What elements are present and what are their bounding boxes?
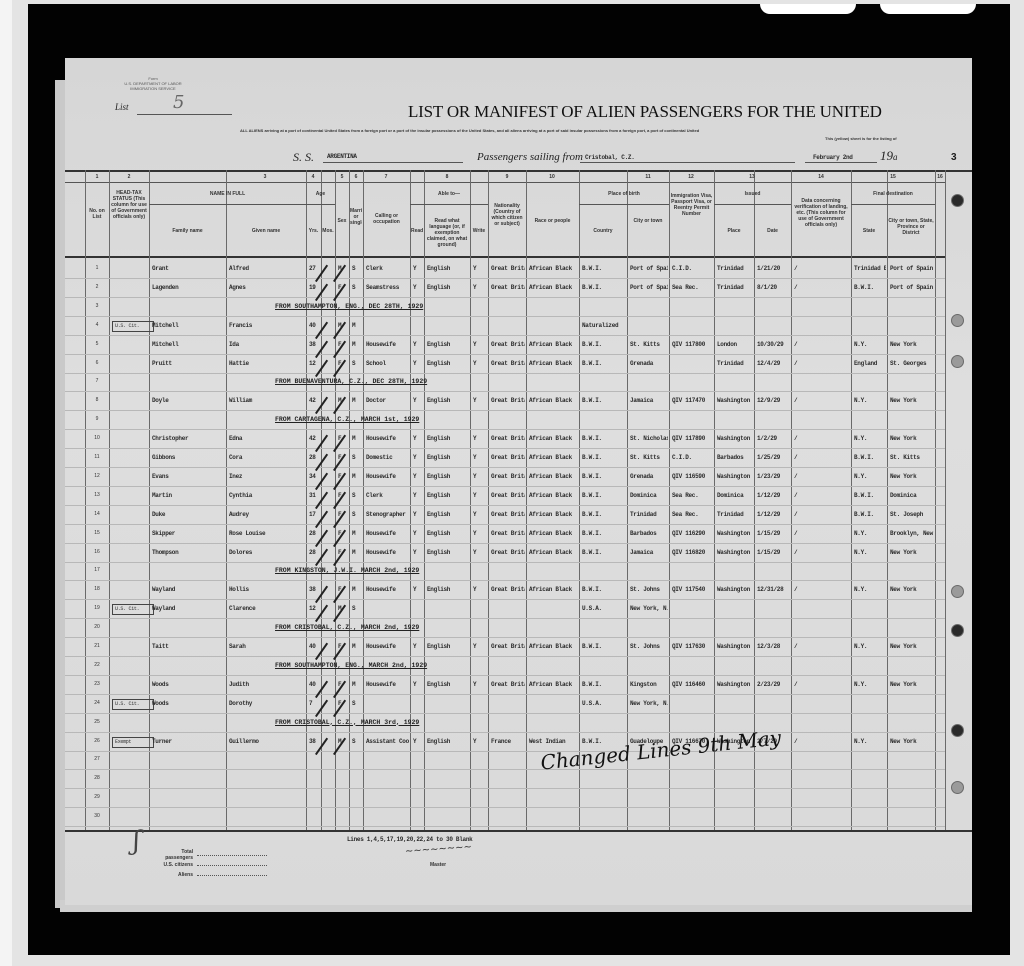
cell-family: Wayland — [152, 605, 225, 612]
cell-given: Edna — [229, 435, 305, 442]
cell-issued-date: 1/15/29 — [757, 549, 790, 556]
header-sex: Sex — [336, 218, 348, 224]
row-rule — [65, 751, 945, 752]
cell-verification: / — [794, 681, 850, 688]
cell-yrs: 40 — [309, 322, 320, 329]
cell-pob-country: B.W.I. — [582, 265, 626, 272]
cell-pob-city: Dominica — [630, 492, 668, 499]
cell-read: Y — [413, 435, 423, 442]
cell-fd-state: N.Y. — [854, 643, 886, 650]
cell-language: English — [427, 360, 469, 367]
cell-given: Alfred — [229, 265, 305, 272]
cell-fd-state: B.W.I. — [854, 454, 886, 461]
header-given-name: Given name — [227, 228, 305, 234]
cell-nationality: Great Britain — [491, 681, 525, 688]
section-header-row: 9FROM CARTAGENA, C.Z., MARCH 1st, 1929 — [65, 412, 972, 430]
cell-write: Y — [473, 265, 487, 272]
cell-fd-state: N.Y. — [854, 435, 886, 442]
sailing-underline — [580, 162, 795, 163]
cell-marital: M — [352, 586, 362, 593]
cell-visa: Sea Rec. — [672, 284, 713, 291]
cell-no: 27 — [87, 756, 107, 762]
cell-given: William — [229, 397, 305, 404]
cell-nationality: Great Britain — [491, 511, 525, 518]
cell-status: U.S. Cit. — [112, 604, 154, 615]
cell-language: English — [427, 643, 469, 650]
passenger-row: 8DoyleWilliam42MMDoctorYEnglishYGreat Br… — [65, 393, 972, 411]
cell-read: Y — [413, 473, 423, 480]
cell-calling: Stenographer — [366, 511, 409, 518]
cell-calling: Doctor — [366, 397, 409, 404]
cell-marital: S — [352, 454, 362, 461]
passenger-row: 1GrantAlfred27MSClerkYEnglishYGreat Brit… — [65, 261, 972, 279]
cell-no: 15 — [87, 530, 107, 536]
row-rule — [65, 826, 945, 827]
cell-issued-place: Washington — [717, 549, 753, 556]
page-edge — [0, 0, 12, 966]
viewer-top-button-1[interactable] — [760, 4, 856, 14]
cell-pob-city: St. Nicholas — [630, 435, 668, 442]
column-number: 9 — [501, 174, 513, 180]
cell-yrs: 38 — [309, 738, 320, 745]
cell-fd-city: New York — [890, 549, 934, 556]
cell-write: Y — [473, 492, 487, 499]
cell-issued-date: 1/23/29 — [757, 473, 790, 480]
cell-calling: Housewife — [366, 473, 409, 480]
cell-no: 1 — [87, 265, 107, 271]
column-number: 14 — [815, 174, 827, 180]
header-head-tax-status: HEAD-TAX STATUS (This column for use of … — [110, 190, 148, 220]
cell-calling: Housewife — [366, 341, 409, 348]
cell-marital: S — [352, 700, 362, 707]
cell-status: U.S. Cit. — [112, 699, 154, 710]
header-issued-date: Date — [755, 228, 790, 234]
cell-marital: M — [352, 341, 362, 348]
cell-read: Y — [413, 681, 423, 688]
header-final-destination: Final destination — [852, 191, 934, 197]
cell-issued-place: Trinidad — [717, 284, 753, 291]
cell-issued-place: Trinidad — [717, 265, 753, 272]
row-rule — [65, 316, 945, 317]
cell-marital: M — [352, 549, 362, 556]
aliens-line: Aliens — [153, 870, 267, 880]
cell-pob-country: B.W.I. — [582, 360, 626, 367]
header-age: Age — [307, 191, 334, 197]
cell-read: Y — [413, 738, 423, 745]
cell-fd-state: N.Y. — [854, 530, 886, 537]
cell-language: English — [427, 265, 469, 272]
cell-given: Clarence — [229, 605, 305, 612]
cell-marital: S — [352, 360, 362, 367]
cell-calling: Housewife — [366, 586, 409, 593]
footer-totals: Total passengers U.S. citizens Aliens — [153, 850, 267, 880]
binder-hole — [951, 585, 964, 598]
cell-issued-place: Trinidad — [717, 360, 753, 367]
cell-fd-city: New York — [890, 341, 934, 348]
subtitle-line-2: This (yellow) sheet is for the listing o… — [825, 136, 897, 141]
cell-nationality: Great Britain — [491, 549, 525, 556]
cell-yrs: 42 — [309, 435, 320, 442]
cell-fd-city: New York — [890, 435, 934, 442]
cell-write: Y — [473, 586, 487, 593]
ship-name: ARGENTINA — [327, 153, 357, 160]
row-rule — [65, 335, 945, 336]
cell-family: Gibbons — [152, 454, 225, 461]
section-header-row: 20FROM CRISTOBAL, C.Z., MARCH 2nd, 1929 — [65, 620, 972, 638]
cell-write: Y — [473, 530, 487, 537]
cell-pob-country: B.W.I. — [582, 397, 626, 404]
list-label: List — [115, 102, 129, 112]
cell-fd-city: Port of Spain — [890, 265, 934, 272]
cell-issued-place: Dominica — [717, 492, 753, 499]
subtitle-line-1: ALL ALIENS arriving at a port of contine… — [240, 128, 940, 133]
column-number: 7 — [380, 174, 392, 180]
cell-family: Mitchell — [152, 322, 225, 329]
cell-fd-city: New York — [890, 681, 934, 688]
row-rule — [65, 637, 945, 638]
cell-family: Skipper — [152, 530, 225, 537]
master-label: Master — [430, 862, 446, 868]
cell-marital: M — [352, 473, 362, 480]
cell-calling: Assistant Cook — [366, 738, 409, 745]
cell-nationality: Great Britain — [491, 586, 525, 593]
row-rule — [65, 562, 945, 563]
cell-marital: S — [352, 284, 362, 291]
viewer-top-button-2[interactable] — [880, 4, 976, 14]
cell-no: 10 — [87, 435, 107, 441]
cell-marital: S — [352, 511, 362, 518]
passenger-row: 16ThompsonDolores28FMHousewifeYEnglishYG… — [65, 545, 972, 563]
cell-issued-place: Washington — [717, 586, 753, 593]
passenger-row: 27 — [65, 752, 972, 770]
row-rule — [65, 580, 945, 581]
cell-given: Inez — [229, 473, 305, 480]
cell-write: Y — [473, 284, 487, 291]
master-signature: ~~~~~~~~ — [405, 842, 473, 858]
table-top-border — [65, 170, 972, 172]
sailing-label: Passengers sailing from — [477, 151, 583, 163]
cell-pob-city: New York, N.Y. May 26, 1916 — [630, 605, 668, 612]
cell-issued-place: Washington — [717, 643, 753, 650]
cell-language: English — [427, 341, 469, 348]
agency-block: Form U.S. DEPARTMENT OF LABOR IMMIGRATIO… — [113, 76, 193, 91]
cell-write: Y — [473, 341, 487, 348]
cell-write: Y — [473, 397, 487, 404]
row-rule — [65, 448, 945, 449]
cell-visa: QIV 117890 — [672, 435, 713, 442]
cell-given: Hollis — [229, 586, 305, 593]
cell-visa: QIV 116460 — [672, 681, 713, 688]
cell-calling: Seamstress — [366, 284, 409, 291]
cell-fd-state: B.W.I. — [854, 511, 886, 518]
cell-fd-state: England — [854, 360, 886, 367]
cell-race: African Black — [529, 397, 578, 404]
cell-issued-place: Washington — [717, 473, 753, 480]
column-number: 2 — [123, 174, 135, 180]
row-rule — [65, 505, 945, 506]
cell-verification: / — [794, 586, 850, 593]
cell-given: Rose Louise — [229, 530, 305, 537]
cell-fd-state: Trinidad B.W.I. — [854, 265, 886, 272]
cell-visa: QIV 116290 — [672, 530, 713, 537]
header-calling: Calling or occupation — [364, 213, 409, 225]
cell-issued-date: 8/1/20 — [757, 284, 790, 291]
cell-language: English — [427, 397, 469, 404]
cell-issued-date: 2/23/29 — [757, 681, 790, 688]
cell-nationality: Great Britain — [491, 360, 525, 367]
footer-checkmark: ʃ — [133, 826, 140, 856]
row-rule — [65, 486, 945, 487]
cell-issued-place: Trinidad — [717, 511, 753, 518]
cell-read: Y — [413, 284, 423, 291]
cell-verification: / — [794, 454, 850, 461]
row-rule — [65, 278, 945, 279]
cell-no: 11 — [87, 454, 107, 460]
cell-language: English — [427, 473, 469, 480]
table-bottom-border — [65, 830, 972, 832]
subheader-divider — [306, 204, 335, 205]
cell-given: Francis — [229, 322, 305, 329]
row-rule — [65, 656, 945, 657]
row-rule — [65, 391, 945, 392]
header-pob-city: City or town — [628, 218, 668, 224]
passenger-row: 29 — [65, 790, 972, 808]
cell-pob-city: Grenada — [630, 473, 668, 480]
cell-no: 7 — [87, 378, 107, 384]
cell-no: 9 — [87, 416, 107, 422]
header-language: Read what language (or, if exemption cla… — [425, 218, 469, 248]
passenger-row: 13MartinCynthia31FSClerkYEnglishYGreat B… — [65, 488, 972, 506]
cell-yrs: 12 — [309, 360, 320, 367]
cell-family: Woods — [152, 681, 225, 688]
cell-fd-state: N.Y. — [854, 738, 886, 745]
cell-given: Judith — [229, 681, 305, 688]
cell-pob-country: B.W.I. — [582, 643, 626, 650]
cell-pob-city: St. Johns — [630, 586, 668, 593]
cell-given: Cynthia — [229, 492, 305, 499]
cell-read: Y — [413, 530, 423, 537]
cell-fd-state: B.W.I. — [854, 284, 886, 291]
cell-calling: Clerk — [366, 492, 409, 499]
cell-verification: / — [794, 738, 850, 745]
cell-calling: Housewife — [366, 643, 409, 650]
list-underline — [137, 114, 232, 115]
cell-pob-city: Jamaica — [630, 549, 668, 556]
cell-verification: / — [794, 473, 850, 480]
cell-pob-country: U.S.A. — [582, 700, 626, 707]
cell-write: Y — [473, 511, 487, 518]
cell-no: 28 — [87, 775, 107, 781]
header-nationality: Nationality (Country of which citizen or… — [489, 203, 525, 227]
cell-calling: School — [366, 360, 409, 367]
cell-calling: Housewife — [366, 435, 409, 442]
row-rule — [65, 524, 945, 525]
cell-language: English — [427, 681, 469, 688]
cell-fd-city: Brooklyn, New York — [890, 530, 934, 537]
row-rule — [65, 543, 945, 544]
document-title: LIST OR MANIFEST OF ALIEN PASSENGERS FOR… — [408, 102, 882, 122]
cell-family: Wayland — [152, 586, 225, 593]
cell-given: Guillermo — [229, 738, 305, 745]
cell-family: Grant — [152, 265, 225, 272]
passenger-row: 21TaittSarah40FMHousewifeYEnglishYGreat … — [65, 639, 972, 657]
cell-write: Y — [473, 681, 487, 688]
cell-race: African Black — [529, 511, 578, 518]
manifest-scan: Form U.S. DEPARTMENT OF LABOR IMMIGRATIO… — [65, 58, 972, 905]
section-header-row: 25FROM CRISTOBAL, C.Z., MARCH 3rd, 1929 — [65, 715, 972, 733]
cell-issued-date: 1/21/20 — [757, 265, 790, 272]
header-age-yrs: Yrs. — [307, 228, 320, 234]
cell-write: Y — [473, 643, 487, 650]
cell-pob-city: Port of Spain — [630, 265, 668, 272]
cell-visa: Sea Rec. — [672, 511, 713, 518]
cell-nationality: Great Britain — [491, 454, 525, 461]
cell-issued-date: 1/25/29 — [757, 454, 790, 461]
cell-issued-place: Washington — [717, 681, 753, 688]
cell-yrs: 34 — [309, 473, 320, 480]
passenger-row: 18WaylandHollis38FMHousewifeYEnglishYGre… — [65, 582, 972, 600]
cell-marital: M — [352, 322, 362, 329]
section-header-row: 7FROM BUENAVENTURA, C.Z., DEC 28TH, 1929 — [65, 374, 972, 392]
cell-no: 30 — [87, 813, 107, 819]
cell-verification: / — [794, 284, 850, 291]
cell-nationality: Great Britain — [491, 284, 525, 291]
cell-yrs: 27 — [309, 265, 320, 272]
sailing-from: Cristobal, C.Z. — [585, 154, 635, 161]
column-number: 1 — [91, 174, 103, 180]
cell-status: Exempt — [112, 737, 154, 748]
date-underline — [805, 162, 877, 163]
subheader-divider — [851, 204, 935, 205]
cell-pob-city: Port of Spain — [630, 284, 668, 291]
cell-verification: / — [794, 549, 850, 556]
cell-write: Y — [473, 454, 487, 461]
cell-verification: / — [794, 492, 850, 499]
cell-family: Lagenden — [152, 284, 225, 291]
column-number: 13 — [746, 174, 758, 180]
cell-read: Y — [413, 549, 423, 556]
cell-yrs: 17 — [309, 511, 320, 518]
cell-nationality: Great Britain — [491, 341, 525, 348]
row-rule — [65, 713, 945, 714]
cell-family: Turner — [152, 738, 225, 745]
cell-race: African Black — [529, 341, 578, 348]
passenger-row: 26ExemptTurnerGuillermo38MSAssistant Coo… — [65, 734, 972, 752]
cell-nationality: Great Britain — [491, 397, 525, 404]
column-number: 5 — [336, 174, 348, 180]
cell-verification: / — [794, 360, 850, 367]
subheader-divider — [410, 204, 488, 205]
cell-read: Y — [413, 511, 423, 518]
cell-no: 12 — [87, 473, 107, 479]
section-header-text: FROM CRISTOBAL, C.Z., MARCH 3rd, 1929 — [275, 719, 419, 726]
cell-no: 4 — [87, 322, 107, 328]
cell-pob-country: B.W.I. — [582, 549, 626, 556]
cell-language: English — [427, 435, 469, 442]
cell-race: African Black — [529, 360, 578, 367]
column-number: 3 — [259, 174, 271, 180]
cell-given: Dolores — [229, 549, 305, 556]
row-rule — [65, 675, 945, 676]
header-no-on-list: No. on List — [86, 208, 108, 220]
cell-write: Y — [473, 360, 487, 367]
section-header-row: 3FROM SOUTHAMPTON, ENG., DEC 28TH, 1929 — [65, 299, 972, 317]
cell-no: 20 — [87, 624, 107, 630]
header-fd-state: State — [852, 228, 886, 234]
header-read: Read — [411, 228, 423, 234]
section-header-text: FROM BUENAVENTURA, C.Z., DEC 28TH, 1929 — [275, 378, 427, 385]
cell-pob-country: B.W.I. — [582, 511, 626, 518]
column-number: 10 — [546, 174, 558, 180]
column-number: 15 — [887, 174, 899, 180]
cell-pob-country: B.W.I. — [582, 284, 626, 291]
cell-verification: / — [794, 435, 850, 442]
cell-pob-country: B.W.I. — [582, 341, 626, 348]
cell-read: Y — [413, 454, 423, 461]
cell-race: African Black — [529, 265, 578, 272]
cell-issued-date: 1/12/29 — [757, 511, 790, 518]
cell-issued-date: 1/12/29 — [757, 492, 790, 499]
cell-no: 29 — [87, 794, 107, 800]
cell-fd-city: New York — [890, 643, 934, 650]
cell-yrs: 31 — [309, 492, 320, 499]
cell-no: 19 — [87, 605, 107, 611]
cell-no: 21 — [87, 643, 107, 649]
cell-status: U.S. Cit. — [112, 321, 154, 332]
cell-nationality: Great Britain — [491, 265, 525, 272]
cell-no: 2 — [87, 284, 107, 290]
cell-issued-place: Washington — [717, 530, 753, 537]
cell-given: Sarah — [229, 643, 305, 650]
cell-no: 14 — [87, 511, 107, 517]
passenger-row: 15SkipperRose Louise28FMHousewifeYEnglis… — [65, 526, 972, 544]
cell-pob-city: New York, N.Y. August 27, 1921 — [630, 700, 668, 707]
cell-no: 18 — [87, 586, 107, 592]
cell-yrs: 38 — [309, 341, 320, 348]
cell-language: English — [427, 284, 469, 291]
cell-issued-place: Washington — [717, 435, 753, 442]
header-pob-country: Country — [580, 228, 626, 234]
subheader-divider — [149, 204, 306, 205]
cell-race: African Black — [529, 549, 578, 556]
cell-verification: / — [794, 265, 850, 272]
row-rule — [65, 694, 945, 695]
cell-no: 16 — [87, 549, 107, 555]
cell-race: African Black — [529, 681, 578, 688]
cell-fd-state: N.Y. — [854, 549, 886, 556]
cell-language: English — [427, 511, 469, 518]
cell-race: African Black — [529, 492, 578, 499]
cell-given: Ida — [229, 341, 305, 348]
cell-no: 22 — [87, 662, 107, 668]
cell-fd-state: B.W.I. — [854, 492, 886, 499]
cell-pob-city: Jamaica — [630, 397, 668, 404]
section-header-text: FROM KINGSTON, J.W.I. MARCH 2nd, 1929 — [275, 567, 419, 574]
cell-marital: M — [352, 530, 362, 537]
section-header-text: FROM SOUTHAMPTON, ENG., MARCH 2nd, 1929 — [275, 662, 427, 669]
cell-verification: / — [794, 397, 850, 404]
cell-pob-country: B.W.I. — [582, 681, 626, 688]
cell-yrs: 38 — [309, 586, 320, 593]
cell-nationality: Great Britain — [491, 435, 525, 442]
cell-family: Martin — [152, 492, 225, 499]
cell-verification: / — [794, 643, 850, 650]
header-able-to: Able to— — [411, 191, 487, 197]
cell-fd-state: N.Y. — [854, 586, 886, 593]
row-rule — [65, 807, 945, 808]
year-label: 19a — [880, 148, 898, 164]
row-rule — [65, 467, 945, 468]
